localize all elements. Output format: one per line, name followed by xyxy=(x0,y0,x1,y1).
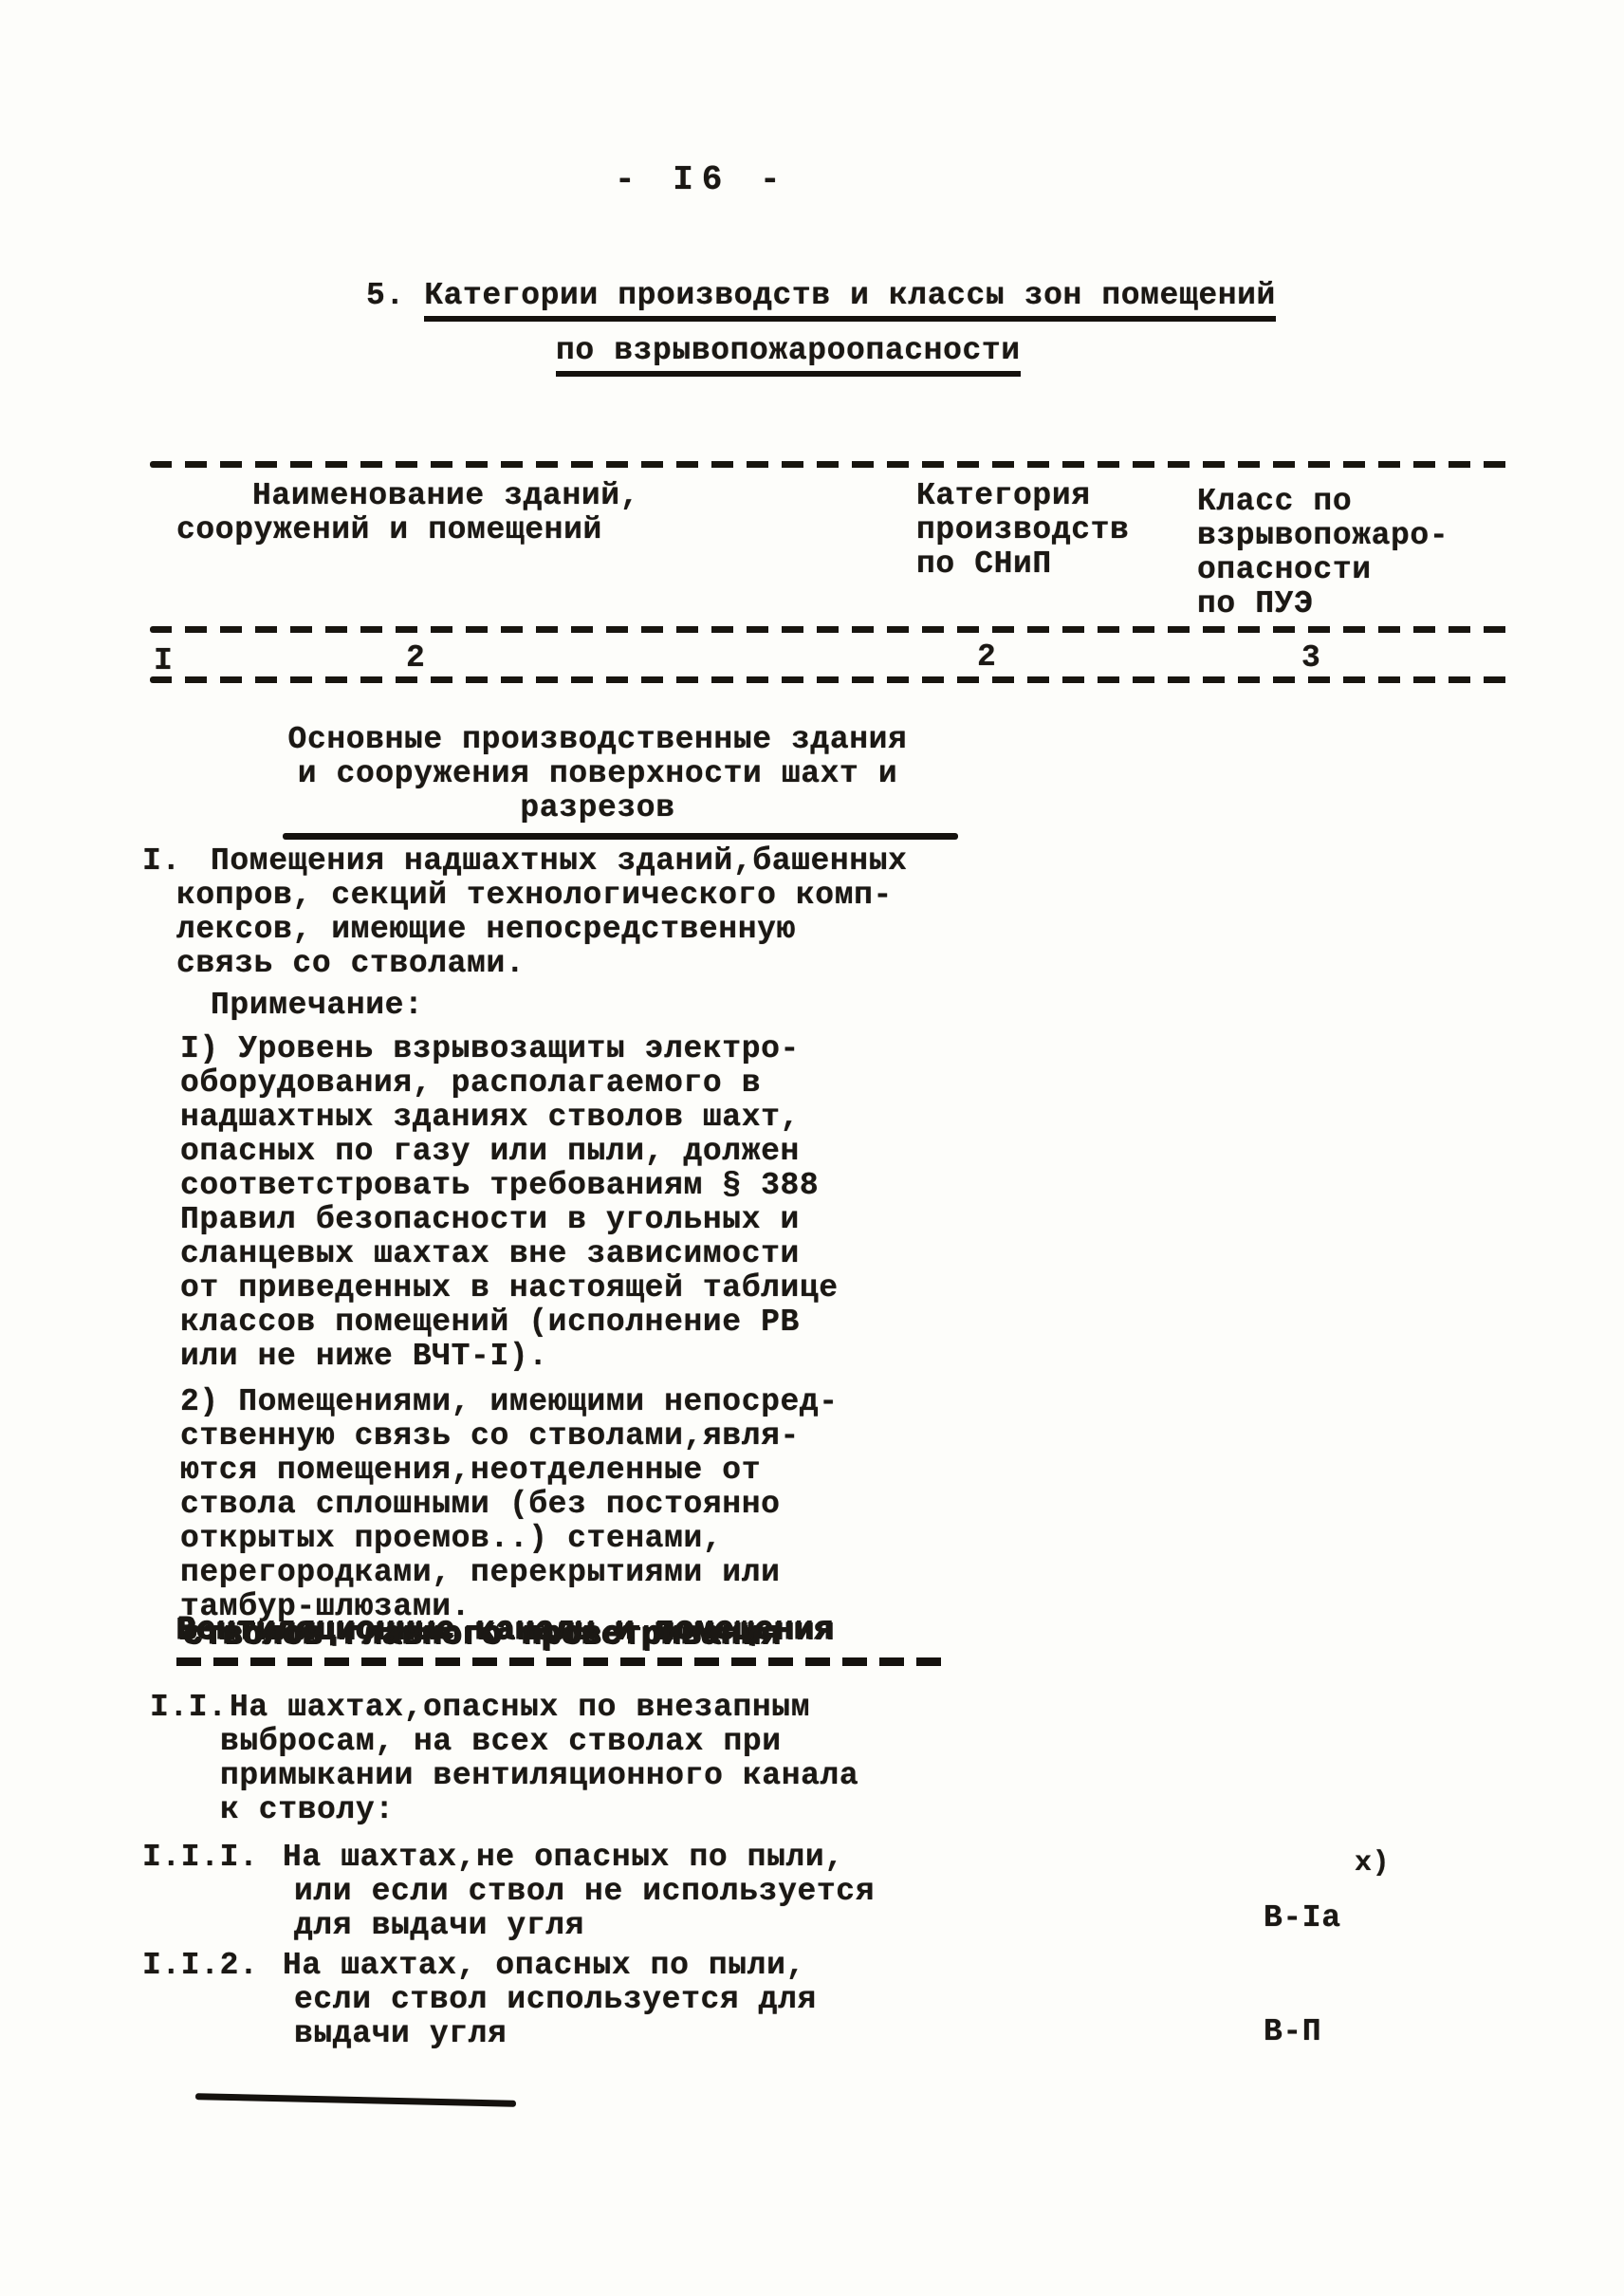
table-rule-under-header xyxy=(150,626,1508,633)
text-line: На шахтах,не опасных по пыли, xyxy=(283,1841,875,1875)
text-line: Помещения надшахтных зданий,башенных xyxy=(211,844,908,879)
text-line: выдачи угля xyxy=(294,2017,817,2051)
table-rule-top xyxy=(150,461,1508,468)
text-line: выбросам, на всех стволах при xyxy=(220,1725,858,1759)
text-line: Правил безопасности в угольных и xyxy=(180,1203,839,1237)
text-line: примыкании вентиляционного канала xyxy=(220,1759,858,1793)
text-line: от приведенных в настоящей таблице xyxy=(180,1271,839,1305)
text-line: оборудования, располагаемого в xyxy=(180,1066,839,1101)
table-header-col-3: Класс повзрывопожаро-опасностипо ПУЭ xyxy=(1197,485,1449,621)
text-line: по СНиП xyxy=(916,547,1129,582)
overstruck-illegible-line: Вентиляционные каналы и помещения стволо… xyxy=(176,1613,992,1672)
text-line: или если ствол не используется xyxy=(294,1875,875,1909)
column-number-1: I xyxy=(154,644,173,678)
text-line: лексов, имеющие непосредственную xyxy=(176,913,908,947)
overstruck-layer-2: стволов главного проветривания xyxy=(183,1618,781,1654)
text-line: ствола сплошными (без постоянно xyxy=(180,1488,839,1522)
column-number-3: 2 xyxy=(977,640,996,675)
table-header-col-1: Наименование зданий,сооружений и помещен… xyxy=(176,479,639,547)
column-number-4: 3 xyxy=(1301,641,1320,676)
text-line: если ствол используется для xyxy=(294,1983,817,2017)
table-rule-under-numbers xyxy=(150,676,1508,683)
column-number-2: 2 xyxy=(406,641,425,676)
item-1-marker: I. xyxy=(142,844,181,879)
note-2-body: 2) Помещениями, имеющими непосред-ственн… xyxy=(180,1385,839,1624)
text-line: и сооружения поверхности шахт и xyxy=(237,757,958,791)
text-line: ственную связь со стволами,явля- xyxy=(180,1419,839,1454)
item-1-1-1-marker: I.I.I. xyxy=(142,1841,258,1875)
class-value-item-1-1-2: В-П xyxy=(1264,2015,1321,2049)
title-number: 5. xyxy=(366,278,424,313)
scanned-page: - I6 - 5. Категории производств и классы… xyxy=(0,0,1624,2296)
text-line: сланцевых шахтах вне зависимости xyxy=(180,1237,839,1271)
text-line: классов помещений (исполнение РВ xyxy=(180,1305,839,1340)
text-line: Класс по xyxy=(1197,485,1449,519)
text-line: На шахтах,опасных по внезапным xyxy=(230,1691,858,1725)
text-line: 2) Помещениями, имеющими непосред- xyxy=(180,1385,839,1419)
note-1-body: I) Уровень взрывозащиты электро-оборудов… xyxy=(180,1032,839,1374)
text-line: опасных по газу или пыли, должен xyxy=(180,1135,839,1169)
text-line: открытых проемов..) стенами, xyxy=(180,1522,839,1556)
text-line: ются помещения,неотделенные от xyxy=(180,1454,839,1488)
item-1-1-2-marker: I.I.2. xyxy=(142,1949,258,1983)
text-line: производств xyxy=(916,513,1129,547)
text-line: разрезов xyxy=(237,791,958,825)
text-line: I) Уровень взрывозащиты электро- xyxy=(180,1032,839,1066)
text-line: перегородками, перекрытиями или xyxy=(180,1556,839,1590)
text-line: к стволу: xyxy=(220,1793,858,1827)
document-title-line-2: по взрывопожароопасности xyxy=(556,334,1021,368)
text-line: по ПУЭ xyxy=(1197,587,1449,621)
text-line: Наименование зданий, xyxy=(252,479,639,513)
text-line: копров, секций технологического комп- xyxy=(176,879,908,913)
table-header-col-2: Категорияпроизводствпо СНиП xyxy=(916,479,1129,582)
item-1-1-marker: I.I. xyxy=(150,1691,228,1725)
section-heading-underline xyxy=(283,833,958,840)
text-line: сооружений и помещений xyxy=(176,513,639,547)
class-value-item-1-1-1: В-Iа xyxy=(1264,1901,1341,1935)
text-line: опасности xyxy=(1197,553,1449,587)
document-title-line-1: 5. Категории производств и классы зон по… xyxy=(366,279,1276,313)
overstruck-underline xyxy=(176,1657,952,1666)
footnote-separator-line xyxy=(195,2093,516,2107)
title-text-underlined: Категории производств и классы зон помещ… xyxy=(424,278,1276,322)
item-1-1-1-body: На шахтах,не опасных по пыли,или если ст… xyxy=(294,1841,875,1943)
notes-label: Примечание: xyxy=(211,989,423,1023)
text-line: для выдачи угля xyxy=(294,1909,875,1943)
page-number: - I6 - xyxy=(615,163,789,197)
text-line: или не ниже ВЧТ-I). xyxy=(180,1340,839,1374)
text-line: взрывопожаро- xyxy=(1197,519,1449,553)
text-line: надшахтных зданиях стволов шахт, xyxy=(180,1101,839,1135)
item-1-1-body: На шахтах,опасных по внезапнымвыбросам, … xyxy=(220,1691,858,1827)
item-1-1-2-body: На шахтах, опасных по пыли,если ствол ис… xyxy=(294,1949,817,2051)
text-line: Категория xyxy=(916,479,1129,513)
item-1-body: Помещения надшахтных зданий,башенныхкопр… xyxy=(176,844,908,981)
text-line: Основные производственные здания xyxy=(237,723,958,757)
text-line: На шахтах, опасных по пыли, xyxy=(283,1949,817,1983)
section-heading: Основные производственные зданияи сооруж… xyxy=(237,723,958,825)
text-line: связь со стволами. xyxy=(176,947,908,981)
text-line: соответстровать требованиям § 388 xyxy=(180,1169,839,1203)
footnote-reference-mark: х) xyxy=(1355,1846,1390,1880)
